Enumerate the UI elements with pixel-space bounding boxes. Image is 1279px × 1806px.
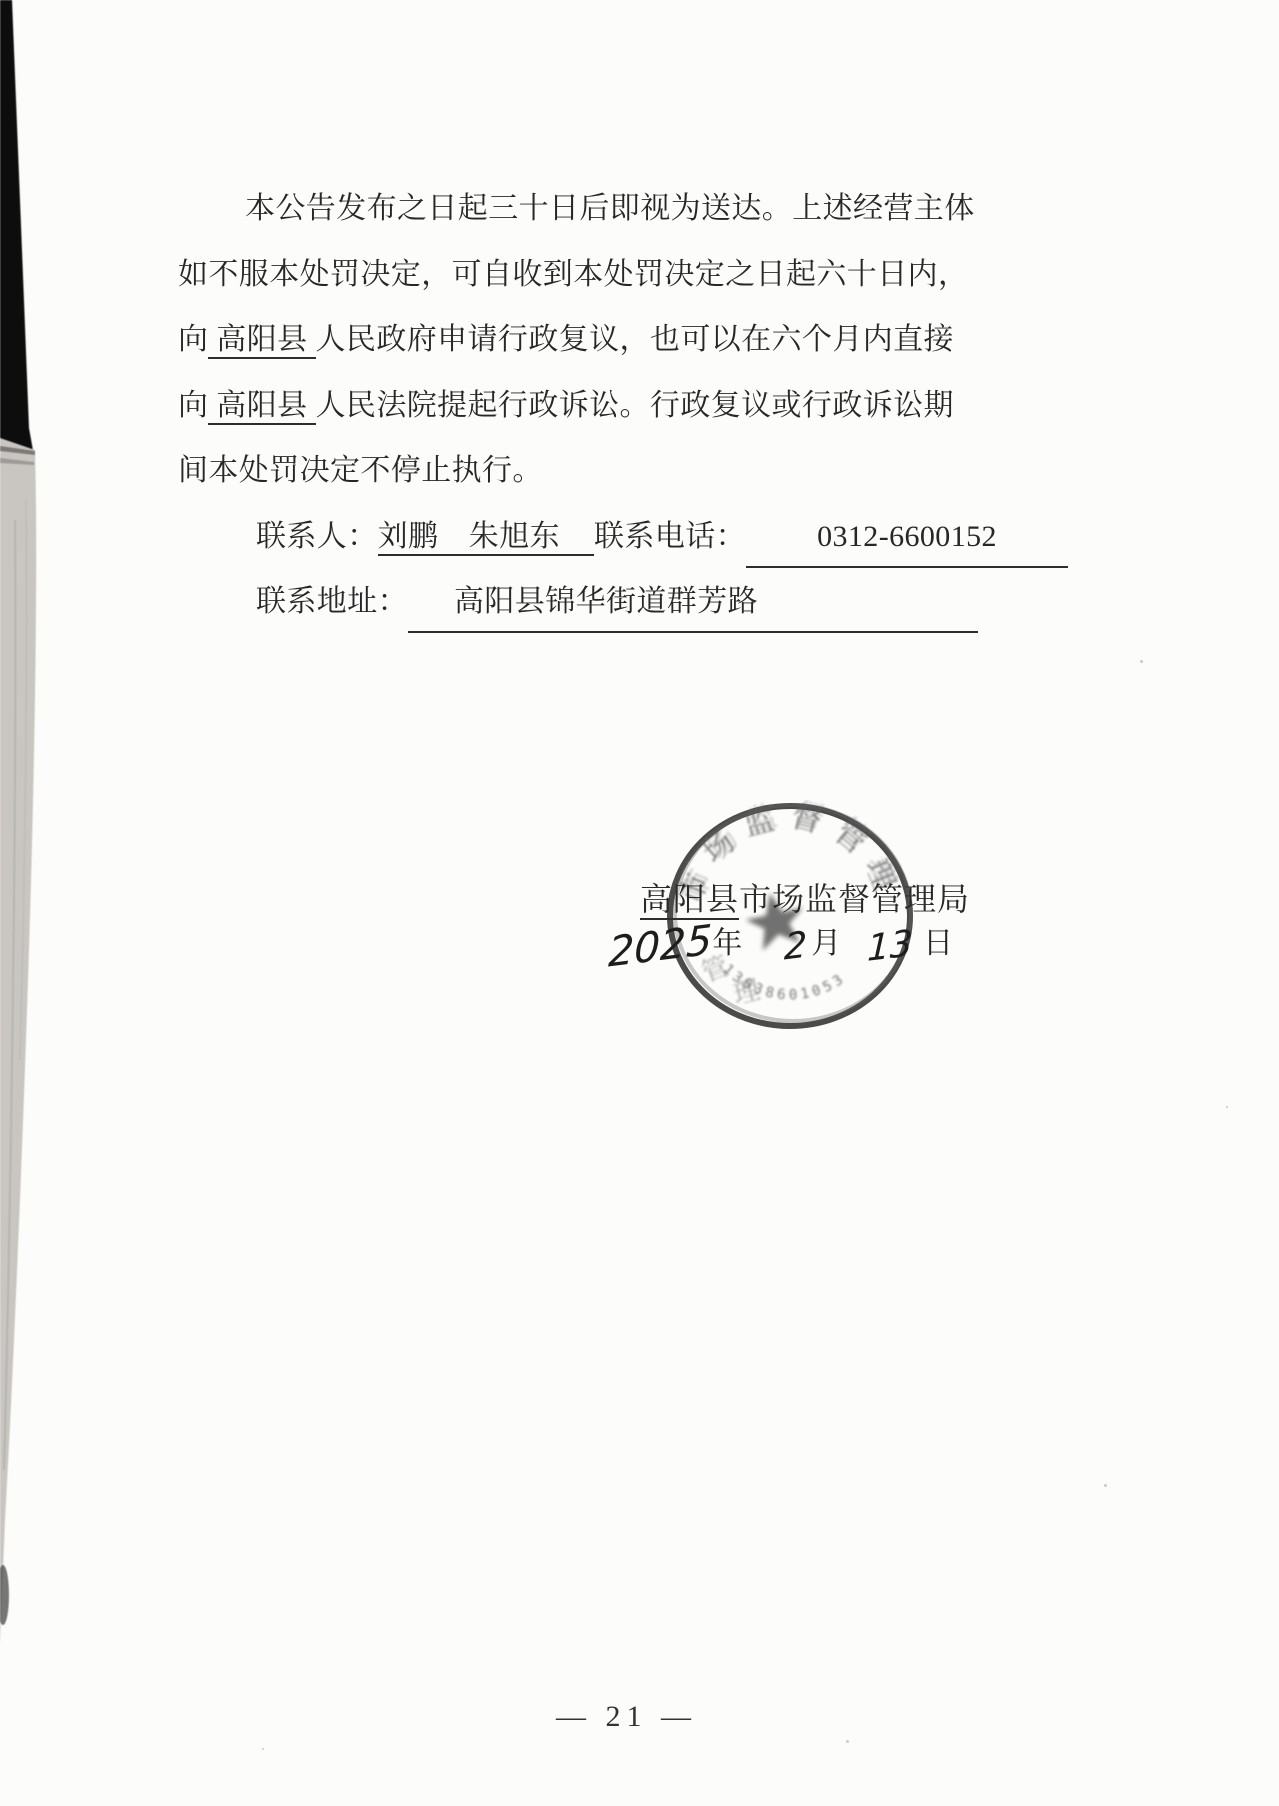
- scan-dark-spot: [0, 1565, 9, 1625]
- paragraph-line-2: 如不服本处罚决定，可自收到本处罚决定之日起六十日内，: [178, 242, 968, 308]
- day-unit: 日: [923, 922, 953, 966]
- line-text: 如不服本处罚决定，可自收到本处罚决定之日起六十日内，: [178, 258, 968, 291]
- handwritten-day: 13: [867, 925, 914, 969]
- scan-speck: [846, 1740, 849, 1743]
- contact-address-value: 高阳县锦华街道群芳路: [408, 573, 978, 633]
- scan-speck: [1140, 660, 1143, 663]
- scan-speck: [1104, 1484, 1107, 1487]
- underlined-county: 高阳县: [208, 323, 315, 359]
- handwritten-year: 2025: [608, 919, 713, 972]
- line-text: 本公告发布之日起三十日后即视为送达。上述经营主体: [245, 192, 975, 225]
- month-unit: 月: [811, 922, 841, 966]
- year-unit: 年: [712, 922, 742, 966]
- line-text: 间本处罚决定不停止执行。: [178, 454, 543, 487]
- line-text: 向: [178, 389, 208, 422]
- paragraph-line-3: 向 高阳县人民政府申请行政复议，也可以在六个月内直接: [178, 307, 968, 373]
- decision-date-line: 2025 年 2 月 13 日: [608, 922, 953, 966]
- agency-name-rest: 市场监督管理局: [739, 881, 970, 917]
- contact-address-line: 联系地址：高阳县锦华街道群芳路: [178, 569, 968, 635]
- paragraph-line-1: 本公告发布之日起三十日后即视为送达。上述经营主体: [178, 176, 968, 242]
- scan-left-edge: [0, 0, 60, 1806]
- contact-person-line: 联系人：刘鹏 朱旭东联系电话：0312-6600152: [178, 504, 968, 570]
- line-text: 向: [178, 323, 208, 356]
- scan-speck: [262, 1748, 264, 1750]
- line-text: 人民政府申请行政复议，也可以在六个月内直接: [316, 323, 954, 356]
- contact-phone-number: 0312-6600152: [746, 508, 1068, 568]
- contact-person-names: 刘鹏 朱旭东: [378, 520, 594, 556]
- scan-speck: [1226, 1106, 1228, 1108]
- announcement-body: 本公告发布之日起三十日后即视为送达。上述经营主体 如不服本处罚决定，可自收到本处…: [178, 176, 968, 635]
- issuing-agency-line: 高阳县市场监督管理局: [640, 874, 970, 920]
- handwritten-month: 2: [784, 926, 808, 967]
- underlined-county: 高阳县: [208, 389, 315, 425]
- scan-dark-corner: [0, 0, 34, 468]
- desk-surface: [0, 438, 36, 1645]
- paragraph-line-4: 向 高阳县人民法院提起行政诉讼。行政复议或行政诉讼期: [178, 373, 968, 439]
- contact-person-label: 联系人：: [256, 520, 378, 553]
- agency-county-underlined: 高阳县: [640, 881, 739, 920]
- contact-phone-label: 联系电话：: [594, 520, 746, 553]
- contact-address-label: 联系地址：: [256, 585, 408, 618]
- paragraph-line-5: 间本处罚决定不停止执行。: [178, 438, 968, 504]
- line-text: 人民法院提起行政诉讼。行政复议或行政诉讼期: [316, 389, 954, 422]
- page-number: — 21 —: [0, 1700, 1266, 1734]
